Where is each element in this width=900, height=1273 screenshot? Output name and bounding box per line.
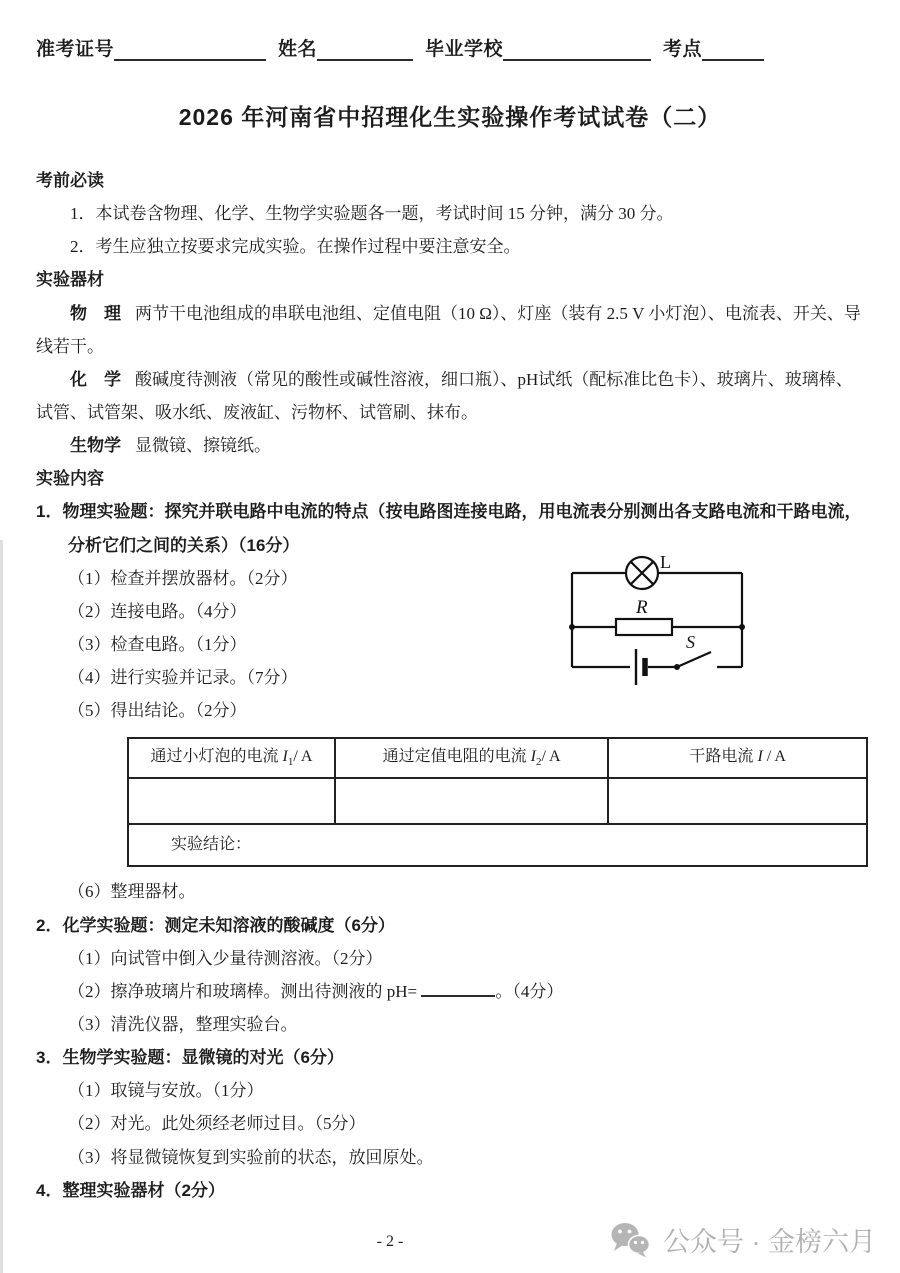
header-lamp-current-text: 通过小灯泡的电流 xyxy=(150,748,282,765)
q3-step-2: （2）对光。此处须经老师过目。（5分） xyxy=(68,1107,868,1140)
question-4-cleanup-title: 4．整理实验器材（2分） xyxy=(36,1174,868,1207)
q3-step-1: （1）取镜与安放。（1分） xyxy=(68,1074,868,1107)
q3-steps: （1）取镜与安放。（1分） （2）对光。此处须经老师过目。（5分） （3）将显微… xyxy=(36,1074,868,1173)
switch-pivot-dot xyxy=(674,664,680,670)
header-resistor-current: 通过定值电阻的电流 I2/ A xyxy=(335,738,608,778)
exam-site-label: 考点 xyxy=(663,34,702,61)
ph-value-blank xyxy=(421,979,495,997)
pre-read-item-1: 1．本试卷含物理、化学、生物学实验题各一题，考试时间 15 分钟，满分 30 分… xyxy=(36,197,868,230)
q1-step-5: （5）得出结论。（2分） xyxy=(68,694,868,727)
equipment-biology: 生物学显微镜、擦镜纸。 xyxy=(36,429,868,462)
q2-title: 2．化学实验题：测定未知溶液的酸碱度（6分） xyxy=(36,909,868,942)
watermark-text: 公众号 · 金榜六月 xyxy=(663,1220,876,1259)
header-trunk-current-text: 干路电流 xyxy=(689,748,757,765)
chemistry-equipment-text: 酸碱度待测液（常见的酸性或碱性溶液，细口瓶）、pH试纸（配标准比色卡）、玻璃片、… xyxy=(36,370,853,422)
table-data-row xyxy=(128,778,867,824)
table-header-row: 通过小灯泡的电流 I1/ A 通过定值电阻的电流 I2/ A 干路电流 I / … xyxy=(128,738,867,778)
biology-equipment-text: 显微镜、擦镜纸。 xyxy=(135,436,271,455)
switch-blade xyxy=(677,652,711,667)
header-trunk-current: 干路电流 I / A xyxy=(608,738,867,778)
wechat-icon xyxy=(609,1221,653,1259)
q2-step-3: （3）清洗仪器，整理实验台。 xyxy=(68,1008,868,1041)
header-lamp-current: 通过小灯泡的电流 I1/ A xyxy=(128,738,335,778)
q3-title: 3．生物学实验题：显微镜的对光（6分） xyxy=(36,1041,868,1074)
physics-subject-label: 物 理 xyxy=(70,304,121,323)
q2-step-1: （1）向试管中倒入少量待测溶液。（2分） xyxy=(68,942,868,975)
conclusion-cell: 实验结论： xyxy=(128,824,867,866)
equipment-chemistry: 化 学酸碱度待测液（常见的酸性或碱性溶液，细口瓶）、pH试纸（配标准比色卡）、玻… xyxy=(36,363,868,429)
exam-site-blank xyxy=(702,39,764,61)
field-exam-site: 考点 xyxy=(663,34,764,61)
pre-read-heading: 考前必读 xyxy=(36,164,868,197)
resistor-current-cell xyxy=(335,778,608,824)
pre-read-item-2: 2．考生应独立按要求完成实验。在操作过程中要注意安全。 xyxy=(36,230,868,263)
field-name: 姓名 xyxy=(278,34,413,61)
q2-step-2-tail: 。（4分） xyxy=(495,982,563,1001)
equipment-heading: 实验器材 xyxy=(36,263,868,296)
parallel-circuit-diagram: L R S xyxy=(564,555,750,691)
lamp-cross xyxy=(631,562,654,585)
name-label: 姓名 xyxy=(278,34,317,61)
trunk-current-cell xyxy=(608,778,867,824)
scan-edge-artifact xyxy=(0,540,3,1273)
q1-title: 1．物理实验题：探究并联电路中电流的特点（按电路图连接电路，用电流表分别测出各支… xyxy=(36,495,868,561)
graduating-school-blank xyxy=(503,39,651,61)
switch-label: S xyxy=(686,632,695,652)
resistor-label: R xyxy=(635,597,648,618)
exam-paper-page: 准考证号 姓名 毕业学校 考点 2026 年河南省中招理化生实验操作考试试卷（二… xyxy=(0,0,900,1273)
table-conclusion-row: 实验结论： xyxy=(128,824,867,866)
field-graduating-school: 毕业学校 xyxy=(425,34,651,61)
lamp-label: L xyxy=(660,555,671,572)
unit-text: / A xyxy=(293,748,312,765)
physics-equipment-text: 两节干电池组成的串联电池组、定值电阻（10 Ω）、灯座（装有 2.5 V 小灯泡… xyxy=(36,304,861,356)
q1-step-6: （6）整理器材。 xyxy=(36,875,868,908)
page-number: - 2 - xyxy=(340,1233,440,1251)
current-measurement-table: 通过小灯泡的电流 I1/ A 通过定值电阻的电流 I2/ A 干路电流 I / … xyxy=(127,737,868,867)
header-resistor-current-text: 通过定值电阻的电流 xyxy=(383,748,531,765)
graduating-school-label: 毕业学校 xyxy=(425,34,503,61)
watermark: 公众号 · 金榜六月 xyxy=(609,1220,876,1259)
unit-text: / A xyxy=(763,748,786,765)
junction-dot-left xyxy=(569,624,575,630)
paper-body: 考前必读 1．本试卷含物理、化学、生物学实验题各一题，考试时间 15 分钟，满分… xyxy=(0,164,900,1207)
q2-step-2-text: （2）擦净玻璃片和玻璃棒。测出待测液的 pH= xyxy=(68,982,421,1001)
experiments-heading: 实验内容 xyxy=(36,462,868,495)
chemistry-subject-label: 化 学 xyxy=(70,370,121,389)
equipment-physics: 物 理两节干电池组成的串联电池组、定值电阻（10 Ω）、灯座（装有 2.5 V … xyxy=(36,297,868,363)
admission-number-blank xyxy=(114,39,266,61)
question-2-chemistry: 2．化学实验题：测定未知溶液的酸碱度（6分） （1）向试管中倒入少量待测溶液。（… xyxy=(36,909,868,1042)
q2-steps: （1）向试管中倒入少量待测溶液。（2分） （2）擦净玻璃片和玻璃棒。测出待测液的… xyxy=(36,942,868,1041)
admission-number-label: 准考证号 xyxy=(36,34,114,61)
q3-step-3: （3）将显微镜恢复到实验前的状态，放回原处。 xyxy=(68,1141,868,1174)
lamp-current-cell xyxy=(128,778,335,824)
page-title: 2026 年河南省中招理化生实验操作考试试卷（二） xyxy=(0,99,900,132)
field-admission-number: 准考证号 xyxy=(36,34,266,61)
biology-subject-label: 生物学 xyxy=(70,436,121,455)
resistor-icon xyxy=(616,619,672,635)
question-3-biology: 3．生物学实验题：显微镜的对光（6分） （1）取镜与安放。（1分） （2）对光。… xyxy=(36,1041,868,1174)
name-blank xyxy=(317,39,413,61)
candidate-info-bar: 准考证号 姓名 毕业学校 考点 xyxy=(0,0,900,61)
unit-text: / A xyxy=(541,748,560,765)
question-1-physics: 1．物理实验题：探究并联电路中电流的特点（按电路图连接电路，用电流表分别测出各支… xyxy=(36,495,868,908)
junction-dot-right xyxy=(739,624,745,630)
q2-step-2: （2）擦净玻璃片和玻璃棒。测出待测液的 pH= 。（4分） xyxy=(68,975,868,1008)
